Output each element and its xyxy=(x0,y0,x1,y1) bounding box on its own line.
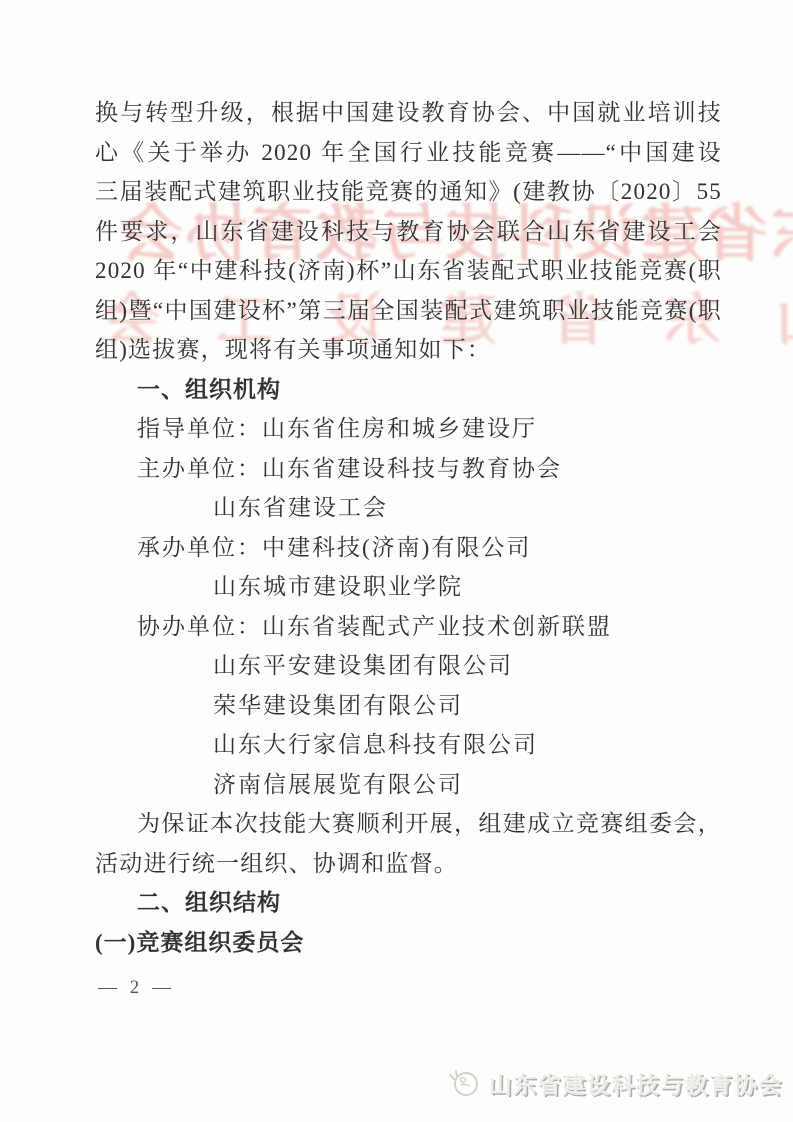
org-value: 山东省建设科技与教育协会 xyxy=(262,456,562,481)
footer-brand: 山东省建设科技与教育协会 xyxy=(447,1066,783,1100)
org-line-co-organizer-unit-2: 山东平安建设集团有限公司 xyxy=(95,646,722,686)
org-line-co-organizer-unit-5: 济南信展展览有限公司 xyxy=(95,765,722,805)
paragraph-line: 换与转型升级，根据中国建设教育协会、中国就业培训技术指导中 xyxy=(95,93,722,133)
document-body: 换与转型升级，根据中国建设教育协会、中国就业培训技术指导中 心《关于举办 202… xyxy=(95,93,722,962)
org-value: 山东省住房和城乡建设厅 xyxy=(262,416,537,441)
paragraph-line: 三届装配式建筑职业技能竞赛的通知》(建教协〔2020〕55 号)等文 xyxy=(95,172,722,212)
subsection-heading: (一)竞赛组织委员会 xyxy=(95,923,722,963)
org-line-co-organizer-unit-4: 山东大行家信息科技有限公司 xyxy=(95,725,722,765)
paragraph-line: 2020 年“中建科技(济南)杯”山东省装配式职业技能竞赛(职工 xyxy=(95,251,722,291)
org-value: 济南信展展览有限公司 xyxy=(213,772,463,797)
section-heading-2: 二、组织结构 xyxy=(95,883,722,923)
org-line-organizer-unit: 承办单位：中建科技(济南)有限公司 xyxy=(95,528,722,568)
org-line-organizer-unit-2: 山东城市建设职业学院 xyxy=(95,567,722,607)
org-label: 主办单位： xyxy=(137,456,262,481)
paragraph-line: 心《关于举办 2020 年全国行业技能竞赛——“中国建设杯”全国第 xyxy=(95,133,722,173)
org-line-co-organizer-unit: 协办单位：山东省装配式产业技术创新联盟 xyxy=(95,607,722,647)
org-value: 荣华建设集团有限公司 xyxy=(213,693,463,718)
org-value: 中建科技(济南)有限公司 xyxy=(262,535,531,560)
page-number: — 2 — xyxy=(98,977,175,999)
association-logo-icon xyxy=(447,1066,481,1100)
org-label: 指导单位： xyxy=(137,416,262,441)
paragraph-line: 组)选拔赛，现将有关事项通知如下： xyxy=(95,330,722,370)
document-page: 山东省建设科技与教育协会 山东省建设工会 换与转型升级，根据中国建设教育协会、中… xyxy=(0,0,793,1122)
org-line-guiding-unit: 指导单位：山东省住房和城乡建设厅 xyxy=(95,409,722,449)
footer-association-name: 山东省建设科技与教育协会 xyxy=(489,1067,783,1100)
org-line-host-unit: 主办单位：山东省建设科技与教育协会 xyxy=(95,449,722,489)
org-value: 山东平安建设集团有限公司 xyxy=(213,653,513,678)
section-heading-1: 一、组织机构 xyxy=(95,370,722,410)
paragraph-line: 活动进行统一组织、协调和监督。 xyxy=(95,844,722,884)
org-value: 山东省建设工会 xyxy=(213,495,388,520)
org-label: 协办单位： xyxy=(137,614,262,639)
paragraph-line: 组)暨“中国建设杯”第三届全国装配式建筑职业技能竞赛(职工 xyxy=(95,291,722,331)
org-line-co-organizer-unit-3: 荣华建设集团有限公司 xyxy=(95,686,722,726)
org-line-host-unit-2: 山东省建设工会 xyxy=(95,488,722,528)
paragraph-line: 件要求，山东省建设科技与教育协会联合山东省建设工会举办 xyxy=(95,212,722,252)
org-label: 承办单位： xyxy=(137,535,262,560)
org-value: 山东大行家信息科技有限公司 xyxy=(213,732,538,757)
org-value: 山东城市建设职业学院 xyxy=(213,574,463,599)
paragraph-line: 为保证本次技能大赛顺利开展，组建成立竞赛组委会，对竞赛 xyxy=(95,804,722,844)
org-value: 山东省装配式产业技术创新联盟 xyxy=(262,614,612,639)
